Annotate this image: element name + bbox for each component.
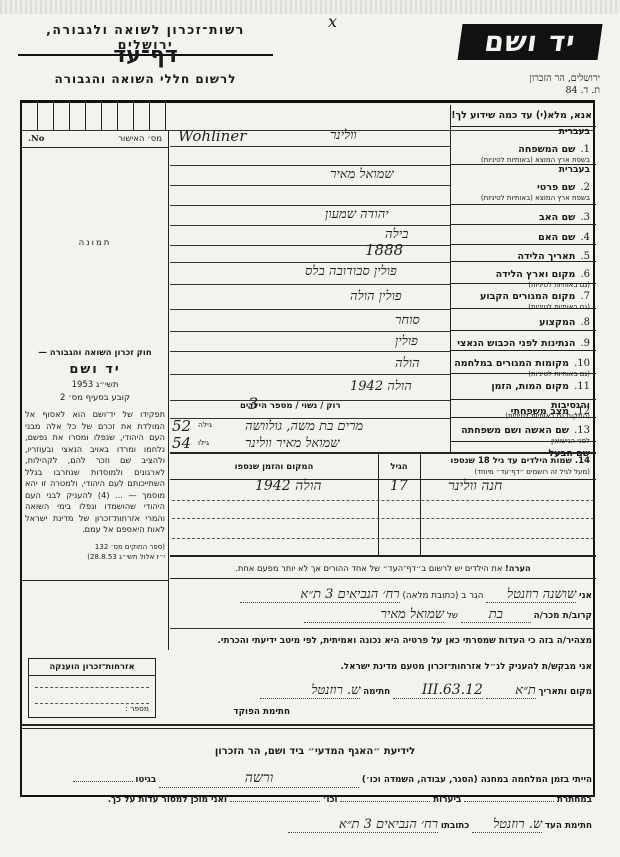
photo-column-divider [168, 130, 169, 650]
profession-value[interactable]: סוחר [395, 312, 420, 328]
ghetto-value[interactable] [73, 781, 133, 782]
husband-age-value[interactable]: 54 [172, 434, 191, 452]
child-1-name[interactable]: חנה וולינר [448, 478, 502, 495]
field-11-label: 11. מקום המות, הזמן והנסיבות (המקום גם ב… [450, 374, 596, 400]
surname-latin-value[interactable]: Wohliner [178, 127, 246, 145]
col-age: הגיל [378, 454, 421, 480]
first-name-value[interactable]: שמואל מאיר [330, 166, 394, 182]
place-value[interactable]: ת״א [486, 682, 536, 699]
approval-number: מס׳ האישור No. [22, 130, 168, 148]
children-table-header: המקום והזמן שנספו הגיל 14. שמות הילדים ע… [170, 452, 596, 480]
nationality-value[interactable]: פולין [395, 333, 418, 349]
scan-noise [0, 0, 620, 14]
no-label: No. [28, 130, 44, 147]
field-7-label: 7. מקום המגורים הקבוע (גם באותיות לטיניו… [450, 284, 596, 309]
field-9-label: 9. הנתינות לפני הכבוש הנאצי [450, 331, 596, 351]
declarant-name[interactable]: שושנה רוזנטל [486, 586, 576, 603]
place-date-line: מקום ותאריך ת״א 12.III.63 חתימה ש. רוזנט… [260, 682, 592, 699]
statement: מצהיר/ה בזה כי העדות שמסרתי כאן על פרטיה… [218, 636, 592, 646]
col-child-name: 14. שמות הילדים עד גיל 18 שנספו (מעל לגי… [420, 454, 596, 480]
field-13-label: 13. שם האשה ושם משפחתה לפני הנישואין [450, 418, 596, 442]
husband-age-label: גילו [198, 438, 209, 447]
wife-name-value[interactable]: מרים בת משה, גולוושה [245, 418, 363, 434]
field-3-label: 3. שם האב [450, 205, 596, 225]
law-title: חוק זכרון השואה והגבורה — [22, 348, 168, 358]
camp-value[interactable]: ורשה [159, 770, 359, 788]
witness-line: חתימת העד ש. רוזנטל כתובתו רח׳ הנביאים 3… [288, 816, 592, 833]
citizenship-granted-box: אזרחות־זכרון הוענקה מספר : [28, 658, 156, 718]
residence-value[interactable]: פולין הולה [350, 288, 402, 304]
field-1-label: בעברית 1. שם המשפחה בשפת ארץ המוצא (באות… [450, 127, 596, 165]
husband-name-value[interactable]: שמואל מאיר וולינר [245, 435, 339, 451]
citizenship-number-label: מספר : [125, 704, 149, 713]
approval-number-label: מס׳ האישור [118, 130, 162, 147]
law-reference: (ספר החוקים מס׳ 132 י״ז אלול תשי״ג 28.8.… [22, 536, 168, 562]
witness-signature[interactable]: ש. רוזנטל [472, 816, 542, 833]
wartime-residence-value[interactable]: הולה [395, 355, 420, 371]
yad-vashem-logo: יד ושם [457, 24, 602, 60]
field-5-label: 5. תאריך הלידה [450, 245, 596, 262]
address-line-2: ת. ד. 84 [470, 85, 600, 97]
field-6-label: 6. מקום וארץ הלידה (גם באותיות לטיניות) [450, 262, 596, 284]
col-place-time: המקום והזמן שנספו [170, 454, 379, 480]
law-divider [22, 580, 168, 581]
form-title: דף־עד [18, 43, 273, 68]
photo-placeholder: תמונה [22, 238, 168, 248]
reference-number-boxes[interactable] [22, 103, 166, 130]
child-1-age[interactable]: 17 [390, 478, 408, 494]
form-subtitle: לרשום חללי השואה והגבורה [18, 72, 273, 86]
field-8-label: 8. המקצוע [450, 309, 596, 331]
witness-address[interactable]: רח׳ הנביאים 3 ת״א [288, 816, 438, 833]
field-4-label: 4. שם האם [450, 225, 596, 245]
address-block: ירושלים, הר הזכרון ת. ד. 84 [470, 73, 600, 97]
fill-prompt: אנא, מלא(י) עד כמה שידוע לך! [450, 105, 596, 127]
surname-hebrew-value[interactable]: וולינר [330, 127, 357, 143]
law-year: תשי״ג 1953 [22, 380, 168, 390]
date-value[interactable]: 12.III.63 [393, 682, 483, 699]
law-excerpt: חוק זכרון השואה והגבורה — יד ושם תשי״ג 1… [22, 340, 168, 562]
relation-value[interactable]: בת [461, 606, 531, 623]
child-1-place-time[interactable]: הולה 1942 [255, 478, 322, 495]
margin-mark: x [328, 12, 337, 31]
relation-line: קרוב/ת מכר/ה בת של שמואל מאיר [304, 606, 592, 623]
address-line-1: ירושלים, הר הזכרון [470, 73, 600, 85]
field-12-label: 12. מצב משפחתי [450, 400, 596, 418]
law-name: יד ושם [22, 362, 168, 377]
declarant-line: אני שושנה רוזנטל הגר ב (כתובת מלאה) רח׳ … [240, 586, 592, 603]
scientific-dept-title: לידיעת ״האגף המדעי״ ביד ושם, הר הזכרון [170, 746, 460, 757]
wife-age-label: גילה [198, 420, 212, 429]
field-10-label: 10. מקומות המגורים במלחמה (גם באותיות לט… [450, 351, 596, 374]
death-place-value[interactable]: הולה 1942 [350, 378, 412, 394]
signature-value[interactable]: ש. רוזנטל [260, 682, 360, 699]
declarant-address[interactable]: רח׳ הנביאים 3 ת״א [240, 586, 400, 603]
birth-date-value[interactable]: 1888 [365, 241, 403, 259]
father-name-value[interactable]: יהודה שמעון [325, 206, 389, 222]
citizenship-box-title: אזרחות־זכרון הוענקה [29, 659, 155, 676]
law-body: תפקידו של יד־ושם הוא לאסוף אל המולדת את … [22, 409, 168, 536]
mother-name-value[interactable]: בילה [385, 226, 408, 242]
birth-place-value[interactable]: פולין סבודובה בלס [305, 263, 397, 279]
official-signature-label: חתימת הפוקד [233, 707, 290, 717]
law-section: קובע בסעיף מס׳ 2 [22, 393, 168, 403]
camp-line: הייתי בזמן המלחמה במחנה (הסגר, עבודה, הש… [73, 770, 592, 788]
citizenship-request: אני מבקש/ת להעניק לנ״ל אזרחות־זכרון מטעם… [340, 662, 592, 672]
field-2-label: בעברית 2. שם פרטי בשפת ארץ המוצא (באותיו… [450, 165, 596, 205]
children-count-value[interactable]: 3 [248, 394, 258, 413]
underground-line: במחתרת ביערות וכו׳ ואני מוכן למסור עדות … [108, 795, 592, 805]
wife-age-value[interactable]: 52 [172, 417, 191, 435]
relative-name[interactable]: שמואל מאיר [304, 606, 444, 623]
children-note: הערה! את הילדים יש לרשום ב״דף־העד״ של אח… [170, 555, 596, 579]
